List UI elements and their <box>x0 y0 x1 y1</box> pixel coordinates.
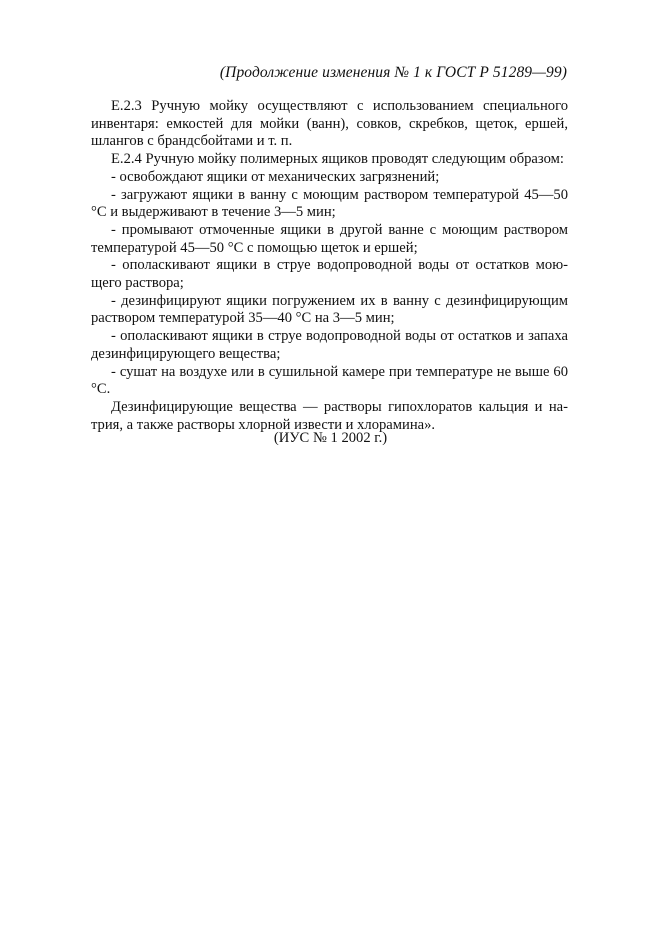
list-item-step-3: - промывают отмоченные ящики в другой ва… <box>91 222 568 257</box>
list-item-step-4: - ополаскивают ящики в струе водопроводн… <box>91 257 568 292</box>
paragraph-e-2-3: Е.2.3 Ручную мойку осуществляют с исполь… <box>91 98 568 151</box>
list-item-step-6: - ополаскивают ящики в струе водопроводн… <box>91 328 568 363</box>
list-item-step-7: - сушат на воздухе или в сушильной камер… <box>91 364 568 399</box>
document-body: Е.2.3 Ручную мойку осуществляют с исполь… <box>91 98 568 434</box>
paragraph-e-2-4: Е.2.4 Ручную мойку полимерных ящиков про… <box>91 151 568 169</box>
list-item-step-5: - дезинфицируют ящики погружением их в в… <box>91 293 568 328</box>
list-item-step-2: - загружают ящики в ванну с моющим раств… <box>91 187 568 222</box>
continuation-header: (Продолжение изменения № 1 к ГОСТ Р 5128… <box>220 64 567 82</box>
source-reference: (ИУС № 1 2002 г.) <box>0 430 661 447</box>
list-item-step-1: - освобождают ящики от механических загр… <box>91 169 568 187</box>
